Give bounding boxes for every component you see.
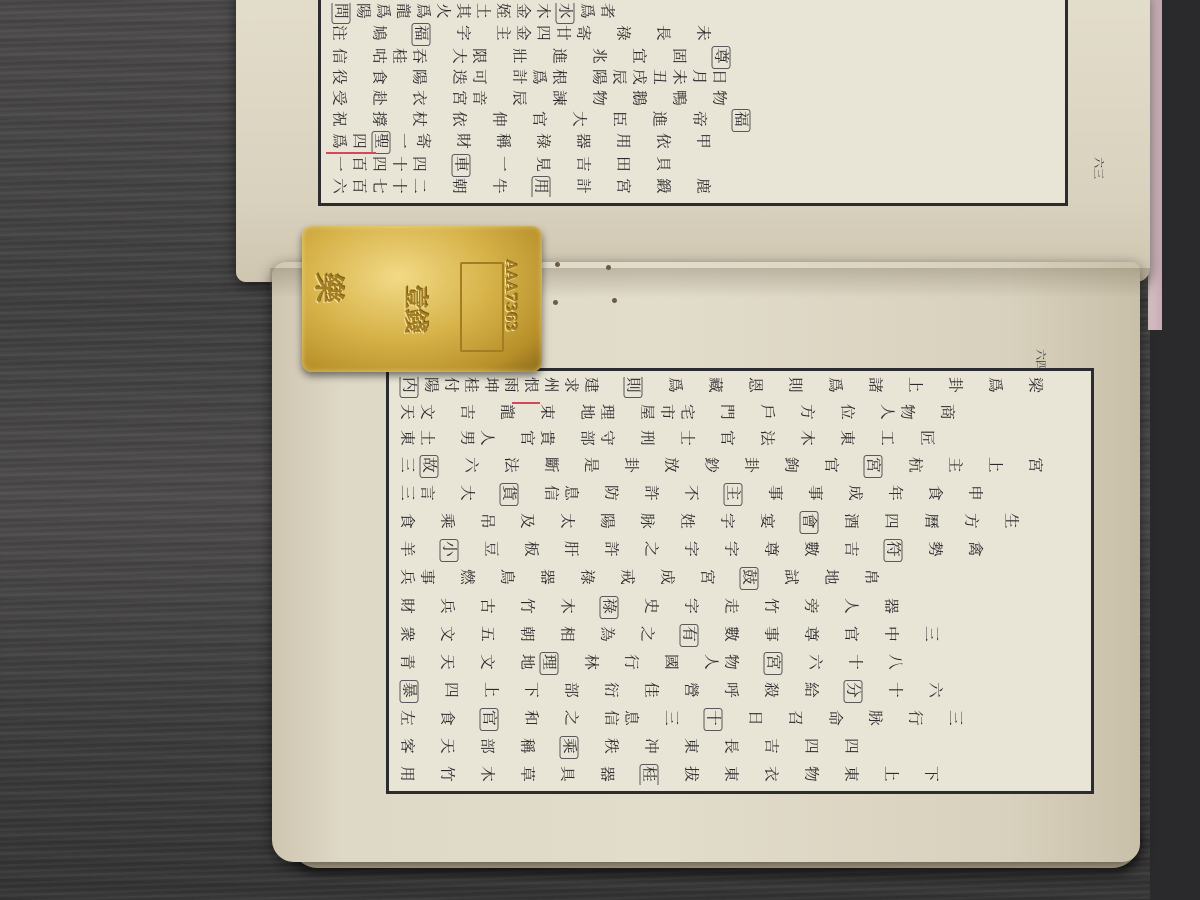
red-underline-mark xyxy=(512,402,540,404)
text-column-line: 内陽付桂坤雨恨州求建 則 爲 藏 恩 則 爲 諸 上 卦 爲 梁 xyxy=(397,377,1083,396)
binding-hole xyxy=(553,300,558,305)
text-column-line: 三言 大 貨 信息 防 許 不 主 事 事 成 年 食 申 xyxy=(397,485,1083,505)
text-column-line: 信 咕桂吞 大限 壯 進 兆 宜 固 尊 xyxy=(329,47,1057,67)
top-page-text-frame: 問陽爲龍爲火其土姪金木水爲者注 鳩 福 字 主金四廿寄 祿 長 未 信 咕桂吞 … xyxy=(318,0,1068,206)
binding-hole xyxy=(612,298,617,303)
text-column-line: 暴 四 上 下 部 衍 佳 營 呼 殺 給 分 十 六 xyxy=(397,681,1083,701)
text-column-line: 衆 文 五 朝 相 為 之 有 數 事 尊 官 中 三 xyxy=(397,625,1083,645)
bottom-page-number: 六四 xyxy=(1033,349,1049,371)
text-column-line: 財 兵 古 竹 木 祿 史 字 走 竹 旁 人 器 xyxy=(397,597,1083,617)
text-column-line: 青 天 文 地理 林 行 國 人物 宮 六 十 八 xyxy=(397,653,1083,673)
text-column-line: 注 鳩 福 字 主金四廿寄 祿 長 未 xyxy=(329,25,1057,45)
gold-bar-weight: 壹錢 xyxy=(401,286,436,334)
gold-bar-logo: 樂 xyxy=(309,273,353,303)
text-column-line: 役 食 陽 迭可 計爲根 陽辰戌丑未月日 xyxy=(329,70,1057,88)
text-column-line: 用 竹 木 草 具 器 桂 拔 東 衣 物 東 上 下 xyxy=(397,765,1083,785)
bottom-page-text-frame: 内陽付桂坤雨恨州求建 則 爲 藏 恩 則 爲 諸 上 卦 爲 梁天文 吉 龍 束… xyxy=(386,368,1094,794)
text-column-line: 兵事 燃 鳥 器 祿 戒 成 宮 鼓 試 地 帛 xyxy=(397,569,1083,589)
text-column-line: 爲四聖一寄 財 稱 祿 器 用 依 甲 xyxy=(329,133,1057,153)
text-column-line: 天文 吉 龍 束 地理 屋市宅 門 戶 方 位 人物 商 xyxy=(397,405,1083,423)
top-page-number: 六三 xyxy=(1091,157,1107,179)
photo-scene: 問陽爲龍爲火其土姪金木水爲者注 鳩 福 字 主金四廿寄 祿 長 未 信 咕桂吞 … xyxy=(0,0,1200,900)
text-column-line: 一百四十四 車 一 見 吉 田 貝 xyxy=(329,155,1057,175)
text-column-line: 祝 撐 杖 依 伸 官 大 臣 進 帝 福 xyxy=(329,110,1057,130)
top-page-text-rows: 問陽爲龍爲火其土姪金木水爲者注 鳩 福 字 主金四廿寄 祿 長 未 信 咕桂吞 … xyxy=(329,3,1057,197)
text-column-line: 左 食 官 和 之 信息 三 十 日 召 命 脉 行 三 xyxy=(397,709,1083,729)
text-column-line: 羊 小 豆 板 肝 許 之 字 字 尊 數 吉 符 勢 禽 xyxy=(397,541,1083,561)
text-column-line: 六百七十二 朝 牛 用 計 宮 鍛 鹿 xyxy=(329,178,1057,197)
bottom-page-text-rows: 内陽付桂坤雨恨州求建 則 爲 藏 恩 則 爲 諸 上 卦 爲 梁天文 吉 龍 束… xyxy=(397,377,1083,785)
gold-bar-serial: AAA7363 xyxy=(502,260,518,332)
binding-hole xyxy=(555,262,560,267)
red-underline-mark xyxy=(326,152,376,154)
gold-bar-assay-panel xyxy=(460,262,504,352)
text-column-line: 三故 六 法 斷 是 卦 放 鈔 卦 鉤 官 宮 杭 主 上 宮 xyxy=(397,457,1083,477)
text-column-line: 客 天 部 稱 乘 秩 冲 東 長 吉 四 四 xyxy=(397,737,1083,757)
binding-hole xyxy=(606,265,611,270)
text-column-line: 食 乘 吊 及 太 陽 脉 姓 字 宴 會 酒 四 曆 方 生 xyxy=(397,513,1083,533)
text-column-line: 問陽爲龍爲火其土姪金木水爲者 xyxy=(329,3,1057,22)
text-column-line: 東土 男人 官貴 部守 刑 士 官 法 木 東 工 匠 xyxy=(397,431,1083,449)
text-column-line: 受 赴 衣 宮音 辰 諫 物 鵝 鴨 物 xyxy=(329,90,1057,108)
pink-paper-edge xyxy=(1148,0,1162,330)
gold-bar: 樂 壹錢 AAA7363 xyxy=(302,226,542,372)
